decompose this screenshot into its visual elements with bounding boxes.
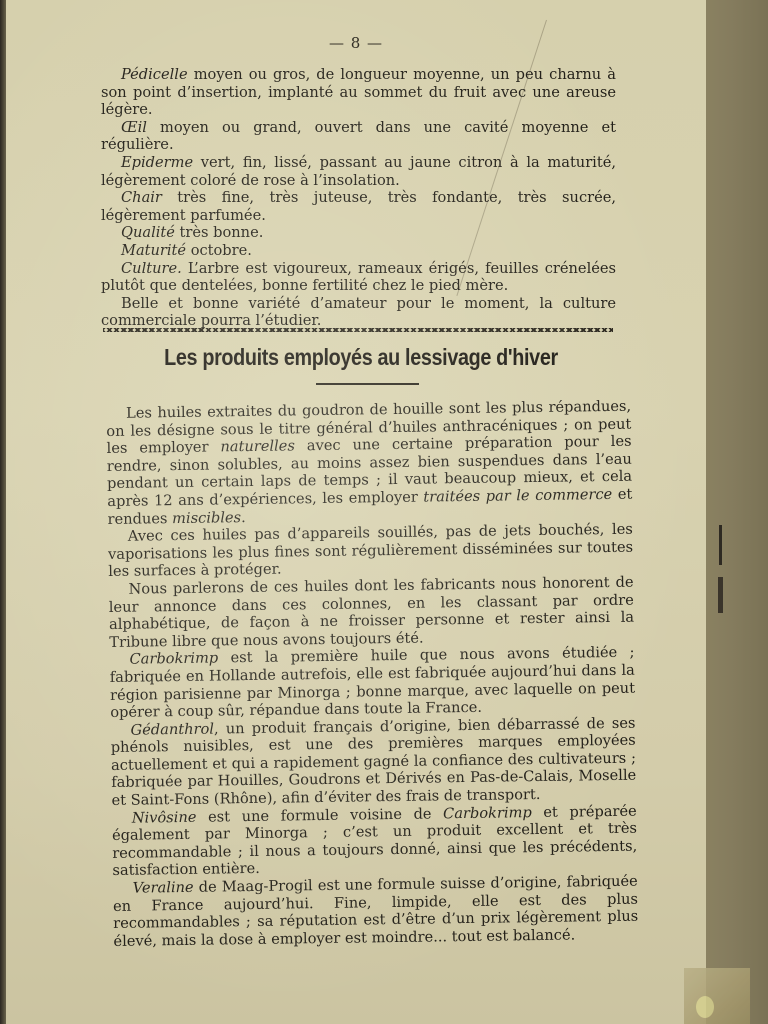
page-number: — 8 — <box>6 35 706 53</box>
document-page: — 8 — Pédicelle moyen ou gros, de longue… <box>6 0 706 1024</box>
paragraph-chair: Chair très fine, très juteuse, très fond… <box>101 189 616 224</box>
paragraph-text: Nous parlerons de ces huiles dont les fa… <box>109 574 634 651</box>
pear-description-section: Pédicelle moyen ou gros, de longueur moy… <box>101 66 616 330</box>
paragraph-text: Belle et bonne variété d’amateur pour le… <box>101 295 616 330</box>
term-label: Maturité <box>121 242 186 259</box>
section-title: Les produits employés au lessivage d'hiv… <box>56 344 667 371</box>
thumbnail-overlay <box>684 968 750 1024</box>
paragraph-epiderme: Epiderme vert, fin, lissé, passant au ja… <box>101 154 616 189</box>
term-label: Qualité <box>121 224 175 241</box>
paragraph-culture: Culture. L’arbre est vigoureux, rameaux … <box>101 260 616 295</box>
term-label: Pédicelle <box>121 66 188 83</box>
emphasis: naturelles <box>220 438 295 456</box>
paragraph-carbokrimp: Carbokrimp est la première huile que nou… <box>109 644 635 722</box>
product-name: Carbokrimp <box>129 650 218 668</box>
paragraph-text: . <box>241 509 246 526</box>
winter-wash-products-section: Les huiles extraites du goudron de houil… <box>106 398 639 951</box>
lightbulb-icon <box>696 996 714 1018</box>
paragraph-nivosine: Nivôsine est une formule voisine de Carb… <box>112 802 638 880</box>
term-label: Epiderme <box>121 154 193 171</box>
title-underline <box>316 383 419 385</box>
facing-page-shadow <box>706 0 768 1024</box>
product-name: Gédanthrol <box>130 720 214 738</box>
paragraph-text: très fine, très juteuse, très fondante, … <box>101 189 616 224</box>
paragraph-conclusion: Belle et bonne variété d’amateur pour le… <box>101 295 616 330</box>
paragraph-text: moyen ou grand, ouvert dans une cavité m… <box>101 119 616 154</box>
paragraph-qualite: Qualité très bonne. <box>101 224 616 242</box>
paragraph-advantages: Avec ces huiles pas d’appareils souillés… <box>108 521 634 581</box>
paragraph-veraline: Veraline de Maag-Progil est une formule … <box>113 873 639 951</box>
paragraph-text: très bonne. <box>175 224 263 241</box>
binding-staples <box>717 525 725 615</box>
paragraph-oeil: Œil moyen ou grand, ouvert dans une cavi… <box>101 119 616 154</box>
product-name: Veraline <box>133 879 194 897</box>
ornamental-divider <box>103 328 613 332</box>
staple-icon <box>718 577 723 613</box>
paragraph-method: Nous parlerons de ces huiles dont les fa… <box>108 574 634 652</box>
term-label: Œil <box>121 119 147 136</box>
paragraph-maturite: Maturité octobre. <box>101 242 616 260</box>
term-label: Chair <box>121 189 162 206</box>
paragraph-pedicelle: Pédicelle moyen ou gros, de longueur moy… <box>101 66 616 119</box>
product-name: Nivôsine <box>132 808 197 826</box>
emphasis: traitées par le commerce <box>423 486 612 506</box>
paragraph-gedanthrol: Gédanthrol, un produit français d’origin… <box>110 714 636 809</box>
paragraph-text: Avec ces huiles pas d’appareils souillés… <box>108 521 633 581</box>
paragraph-text: octobre. <box>186 242 252 259</box>
emphasis: miscibles <box>172 509 241 527</box>
staple-icon <box>719 525 722 565</box>
paragraph-intro: Les huiles extraites du goudron de houil… <box>106 398 633 528</box>
term-label: Culture. <box>121 260 182 277</box>
product-name: Carbokrimp <box>443 804 532 822</box>
